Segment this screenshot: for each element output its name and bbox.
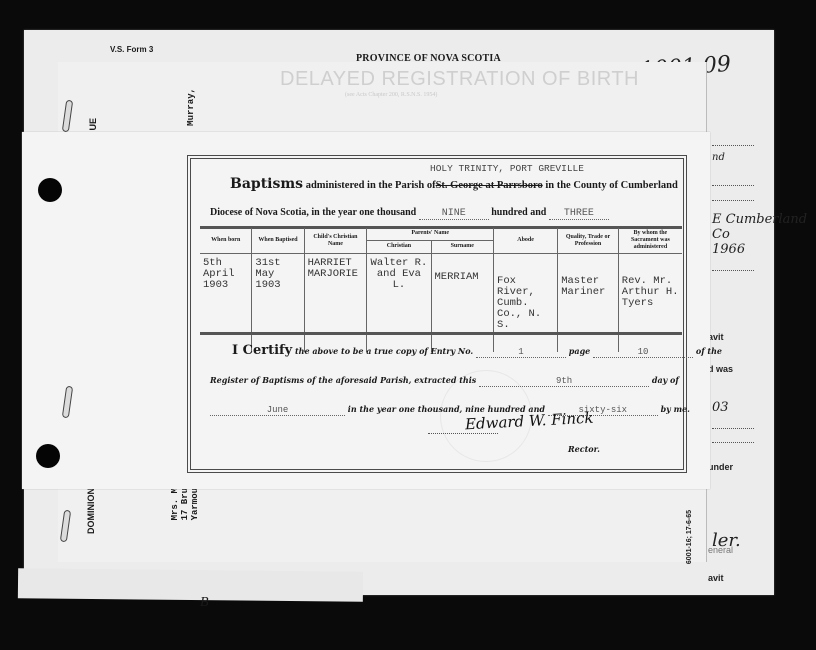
certify-line-2: Register of Baptisms of the aforesaid Pa…: [210, 375, 679, 387]
certify-heading: I Certify: [232, 343, 292, 358]
parish-printed: St. George at Parrsboro: [436, 180, 543, 191]
punch-hole: [36, 444, 60, 468]
cell-by-whom: Rev. Mr. Arthur H. Tyers: [618, 254, 682, 353]
dotted-line: [712, 185, 754, 186]
register-text: Register of Baptisms of the aforesaid Pa…: [210, 375, 476, 385]
affidavit-label-2: avit: [708, 573, 724, 583]
signature-line: [428, 433, 498, 434]
col-by-whom: By whom the Sacrament was administered: [618, 228, 682, 254]
col-parents-surname: Surname: [431, 240, 494, 253]
dotted-line: [712, 145, 754, 146]
page-number: 10: [593, 347, 693, 358]
year-units: THREE: [549, 208, 609, 220]
col-when-born: When born: [200, 228, 252, 254]
certify-text: the above to be a true copy of Entry No.: [295, 346, 473, 356]
cell-quality: Master Mariner: [558, 254, 619, 353]
baptisms-title: Baptisms: [230, 176, 303, 192]
heading-text: administered in the Parish of: [306, 180, 436, 191]
of-the-text: of the: [696, 346, 722, 356]
vertical-label-ue: UE: [88, 118, 98, 131]
punch-hole: [38, 178, 62, 202]
vertical-name-murray: Murray,: [186, 88, 196, 126]
year-hundreds: NINE: [419, 208, 489, 220]
diocese-line: Diocese of Nova Scotia, in the year one …: [210, 207, 609, 220]
page-label: page: [569, 346, 590, 356]
col-christian-name: Child's Christian Name: [304, 228, 367, 254]
col-when-baptised: When Baptised: [252, 228, 304, 254]
certify-line-1: I Certify the above to be a true copy of…: [232, 343, 722, 358]
entry-number: 1: [476, 347, 566, 358]
table-bottom-rule: [200, 332, 682, 335]
cell-christian-name: HARRIET MARJORIE: [304, 254, 367, 353]
dotted-line: [712, 270, 754, 271]
cell-parents-christian: Walter R. and Eva L.: [367, 254, 431, 353]
cell-when-born: 5th April 1903: [200, 254, 252, 353]
vertical-label-dominion: DOMINION: [86, 488, 96, 534]
delayed-registration-subtitle: (see Acts Chapter 200, R.S.N.S. 1954): [345, 92, 437, 98]
col-parents-christian: Christian: [367, 240, 431, 253]
cell-when-baptised: 31st May 1903: [252, 254, 304, 353]
diocese-text: Diocese of Nova Scotia, in the year one …: [210, 207, 416, 218]
extracted-month: June: [210, 405, 345, 416]
dotted-line: [712, 200, 754, 201]
by-me-text: by me.: [661, 404, 690, 414]
cell-abode: Fox River, Cumb. Co., N. S.: [494, 254, 558, 353]
address-line: Mrs. M: [170, 488, 180, 520]
extracted-day: 9th: [479, 376, 649, 387]
hundred-and-text: hundred and: [491, 207, 546, 218]
handwritten-mark: B: [200, 595, 209, 611]
county-name: Cumberland: [621, 180, 678, 191]
day-of-text: day of: [652, 375, 679, 385]
col-parents-name: Parents' Name: [367, 228, 494, 240]
under-label: under: [708, 462, 733, 472]
form-code: 6001-16; 17-6-65: [686, 510, 693, 564]
delayed-registration-title: DELAYED REGISTRATION OF BIRTH: [280, 68, 639, 91]
certificate-heading: Baptisms administered in the Parish ofSt…: [230, 176, 678, 192]
handwriting-fragment: nd: [712, 152, 725, 163]
rector-title: Rector.: [568, 444, 600, 454]
address-line: 17 Bru: [180, 488, 190, 520]
parish-typed-correction: HOLY TRINITY, PORT GREVILLE: [430, 163, 584, 174]
handwriting-year: 1966: [712, 242, 745, 257]
dotted-line: [712, 442, 754, 443]
general-label: eneral: [708, 545, 733, 555]
address-line: Yarmou: [190, 488, 200, 520]
col-quality: Quality, Trade or Profession: [558, 228, 619, 254]
was-label: d was: [708, 364, 733, 374]
cell-parents-surname: MERRIAM: [431, 254, 494, 353]
table-row: 5th April 1903 31st May 1903 HARRIET MAR…: [200, 254, 682, 353]
heading-text: in the County of: [545, 180, 618, 191]
form-number: V.S. Form 3: [110, 45, 153, 54]
handwriting-year-short: 03: [712, 400, 729, 415]
vertical-address: Mrs. M 17 Bru Yarmou: [170, 488, 200, 520]
affidavit-label: avit: [708, 332, 724, 342]
col-abode: Abode: [494, 228, 558, 254]
back-form-lower-sheet: [18, 568, 363, 602]
certify-line-3: June in the year one thousand, nine hund…: [210, 404, 690, 416]
dotted-line: [712, 428, 754, 429]
handwriting-county: E Cumberland Co: [712, 212, 816, 242]
